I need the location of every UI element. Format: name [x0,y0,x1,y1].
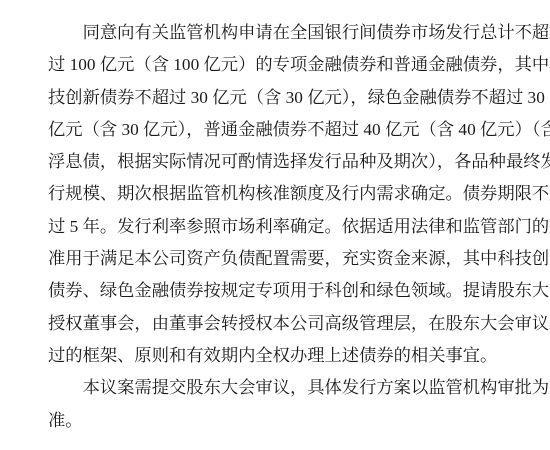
text-line: 亿元（含 30 亿元），普通金融债券不超过 40 亿元（含 40 亿元）（含 [48,114,508,146]
text-line: 过的框架、原则和有效期内全权办理上述债券的相关事宜。 [48,340,508,372]
text-line: 准。 [48,405,508,437]
text-line: 同意向有关监管机构申请在全国银行间债券市场发行总计不超 [48,17,508,49]
text-line: 授权董事会，由董事会转授权本公司高级管理层，在股东大会审议通 [48,308,508,340]
text-line: 债券、绿色金融债券按规定专项用于科创和绿色领域。提请股东大会 [48,275,508,307]
text-line: 准用于满足本公司资产负债配置需要，充实资金来源，其中科技创新 [48,243,508,275]
text-line: 本议案需提交股东大会审议，具体发行方案以监管机构审批为 [48,372,508,404]
text-line: 过 5 年。发行利率参照市场利率确定。依据适用法律和监管部门的批 [48,211,508,243]
paragraph-bond-issuance: 同意向有关监管机构申请在全国银行间债券市场发行总计不超 过 100 亿元（含 1… [48,17,508,372]
text-line: 过 100 亿元（含 100 亿元）的专项金融债券和普通金融债券，其中科 [48,49,508,81]
text-line: 技创新债券不超过 30 亿元（含 30 亿元），绿色金融债券不超过 30 [48,82,508,114]
text-line: 浮息债，根据实际情况可酌情选择发行品种及期次），各品种最终发 [48,146,508,178]
text-line: 行规模、期次根据监管机构核准额度及行内需求确定。债券期限不超 [48,178,508,210]
document-body: 同意向有关监管机构申请在全国银行间债券市场发行总计不超 过 100 亿元（含 1… [48,17,508,437]
paragraph-approval-note: 本议案需提交股东大会审议，具体发行方案以监管机构审批为 准。 [48,372,508,437]
